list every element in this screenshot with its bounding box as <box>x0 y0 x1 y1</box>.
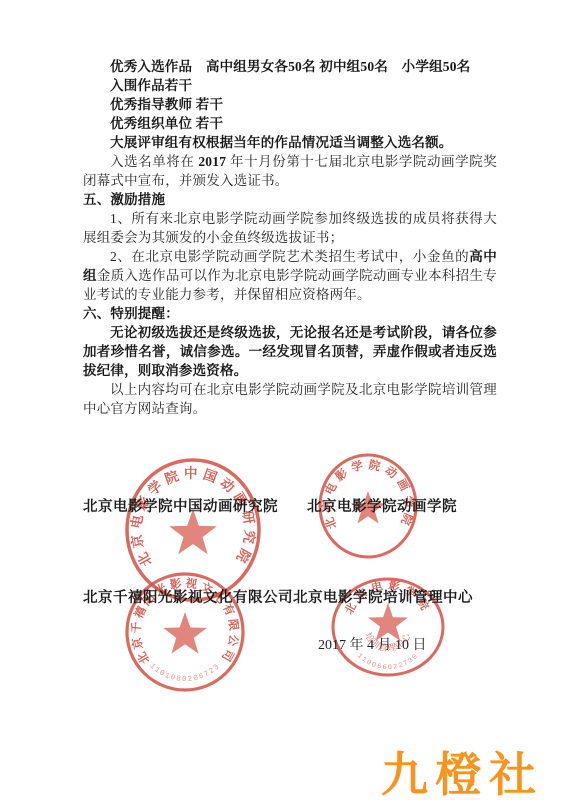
award-line-selected-works: 优秀入选作品 高中组男女各50名 初中组50名 小学组50名 <box>83 57 497 76</box>
section6-heading: 六、特别提醒： <box>83 304 497 323</box>
section5-item1: 1、所有来北京电影学院动画学院参加终级选拔的成员将获得大展组委会为其颁发的小金鱼… <box>83 209 497 247</box>
section5-item2: 2、在北京电影学院动画学院艺术类招生考试中，小金鱼的高中组金质入选作品可以作为北… <box>83 247 497 304</box>
award-line-quota-note: 大展评审组有权根据当年的作品情况适当调整入选名额。 <box>83 133 497 152</box>
announcement-prefix: 入选名单将在 <box>110 154 198 169</box>
seal3-serial-number: 1101080206723 <box>148 662 223 684</box>
award-line-organizations: 优秀组织单位 若干 <box>83 114 497 133</box>
section6-warning-paragraph: 无论初级选拔还是终级选拔，无论报名还是考试阶段，请各位参加者珍惜名誉，诚信参选。… <box>83 323 497 380</box>
section6-website-paragraph: 以上内容均可在北京电影学院动画学院及北京电影学院培训管理中心官方网站查询。 <box>83 380 497 418</box>
document-body: 优秀入选作品 高中组男女各50名 初中组50名 小学组50名 入围作品若干 优秀… <box>83 57 497 418</box>
announcement-year: 2017 <box>198 154 226 169</box>
document-page: 优秀入选作品 高中组男女各50名 初中组50名 小学组50名 入围作品若干 优秀… <box>0 0 564 800</box>
watermark-logo-text: 九橙社 <box>381 738 543 800</box>
org-label-training-center: 北京电影学院培训管理中心 <box>293 586 473 607</box>
announcement-paragraph: 入选名单将在 2017 年十月份第十七届北京电影学院动画学院奖闭幕式中宣布，并颁… <box>83 152 497 190</box>
section5-heading: 五、激励措施 <box>83 190 497 209</box>
section5-item2-prefix: 2、在北京电影学院动画学院艺术类招生考试中，小金鱼的 <box>110 249 469 264</box>
svg-text:1101080206723: 1101080206723 <box>148 662 223 684</box>
org-label-qianxi-company: 北京千禧阳光影视文化有限公司 <box>83 586 293 607</box>
section5-item2-suffix: 金质入选作品可以作为北京电影学院动画学院动画专业本科招生专业考试的专业能力参考，… <box>83 268 497 302</box>
award-line-teachers: 优秀指导教师 若干 <box>83 95 497 114</box>
award-line-shortlisted: 入围作品若干 <box>83 76 497 95</box>
org-label-research-institute: 北京电影学院中国动画研究院 <box>83 495 278 516</box>
org-label-animation-school: 北京电影学院动画学院 <box>307 495 457 516</box>
seal3-star-icon <box>163 612 207 654</box>
document-date: 2017 年 4 月 10 日 <box>318 634 427 654</box>
